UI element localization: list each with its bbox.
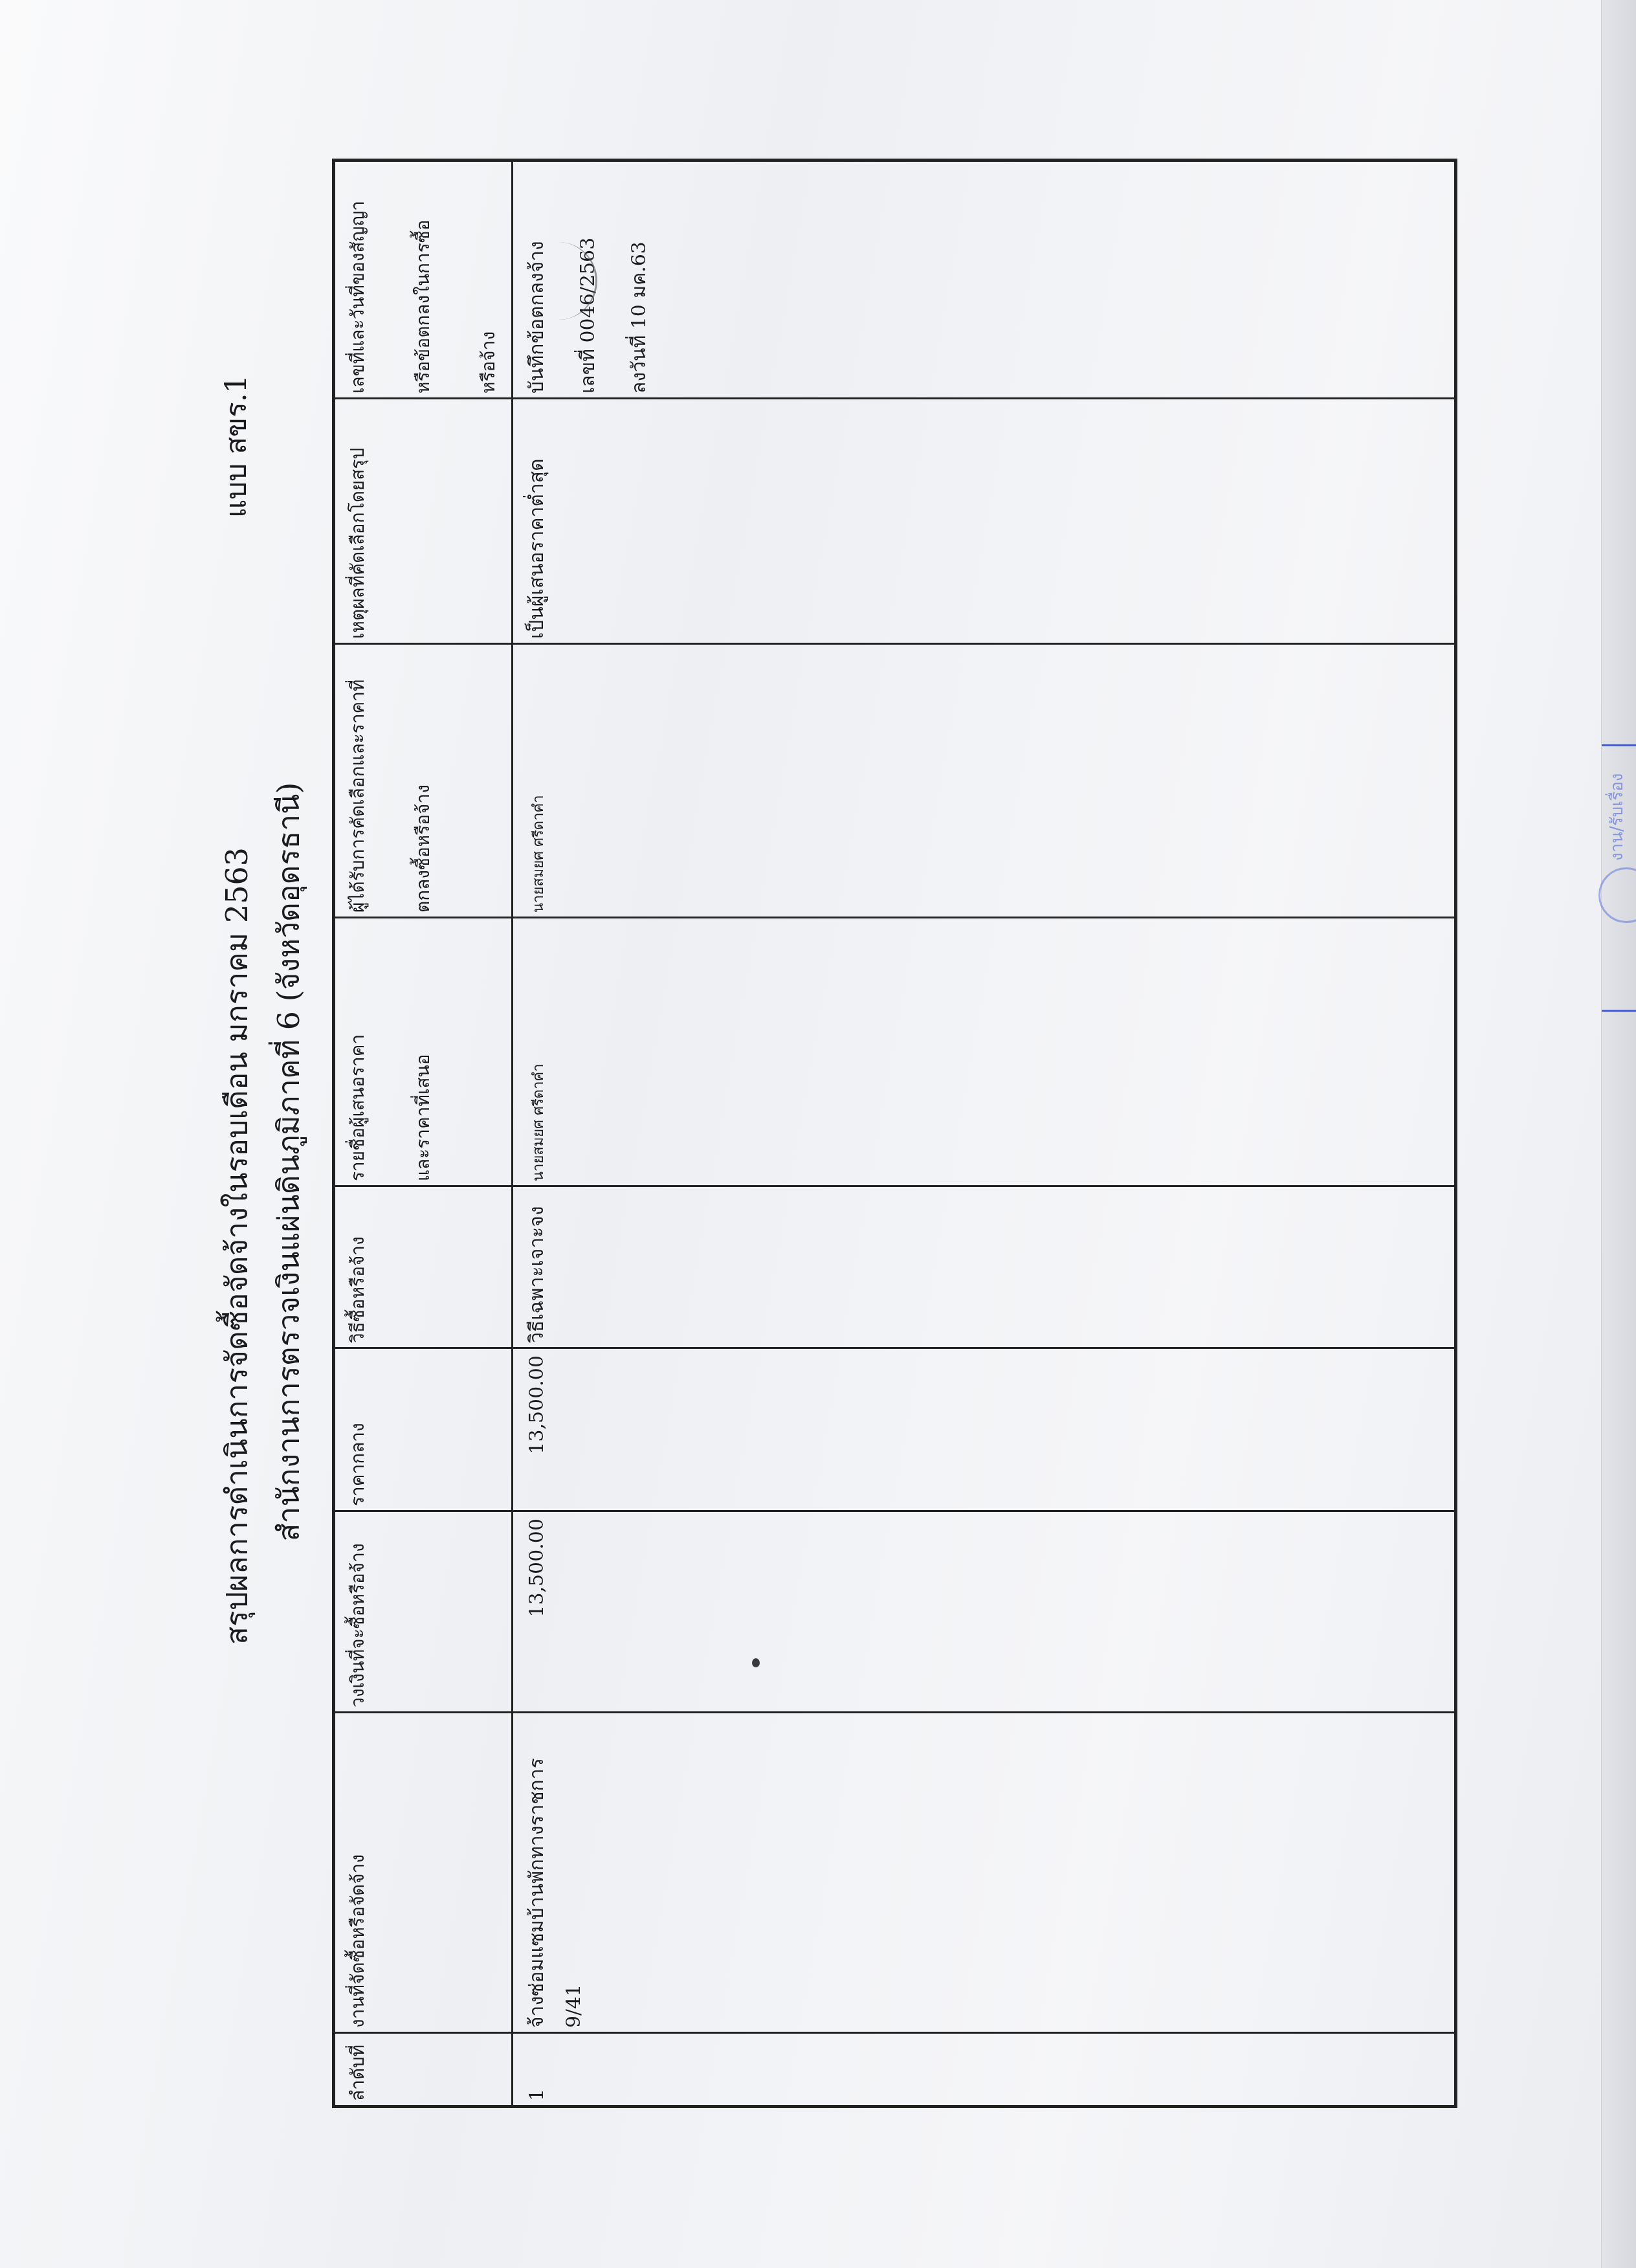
cell-method: วิธีเฉพาะเจาะจง bbox=[512, 1186, 1455, 1348]
cell-sequence: 1 bbox=[512, 2033, 1455, 2107]
cell-selected-vendor: นายสมยศ ศรีดาคำ bbox=[512, 644, 1455, 918]
header-work-item: งานที่จัดซื้อหรือจัดจ้าง bbox=[334, 1713, 513, 2033]
document-title: สรุปผลการดำเนินการจัดซื้อจัดจ้างในรอบเดื… bbox=[214, 224, 261, 2268]
cell-reason: เป็นผู้เสนอราคาต่ำสุด bbox=[512, 399, 1455, 644]
cell-budget: 13,500.00 bbox=[512, 1511, 1455, 1713]
header-median-price: ราคากลาง bbox=[334, 1348, 513, 1511]
document-subtitle: สำนักงานการตรวจเงินแผ่นดินภูมิภาคที่ 6 (… bbox=[265, 56, 313, 2268]
header-budget: วงเงินที่จะซื้อหรือจ้าง bbox=[334, 1511, 513, 1713]
cell-contract: บันทึกข้อตกลงจ้าง เลขที่ 0046/2563 ลงวัน… bbox=[512, 161, 1455, 399]
header-contract: เลขที่และวันที่ของสัญญา หรือข้อตกลงในการ… bbox=[334, 161, 513, 399]
table-row: 1 จ้างซ่อมแซมบ้านพักทางราชการ 9/41 13,50… bbox=[512, 161, 1455, 2107]
header-method: วิธีซื้อหรือจ้าง bbox=[334, 1186, 513, 1348]
cell-bidders: นายสมยศ ศรีดาคำ bbox=[512, 918, 1455, 1186]
header-selected-vendor: ผู้ได้รับการคัดเลือกและราคาที่ ตกลงซื้อห… bbox=[334, 644, 513, 918]
cell-median-price: 13,500.00 bbox=[512, 1348, 1455, 1511]
procurement-summary-table: ลำดับที่ งานที่จัดซื้อหรือจัดจ้าง วงเงิน… bbox=[332, 159, 1457, 2108]
table-header-row: ลำดับที่ งานที่จัดซื้อหรือจัดจ้าง วงเงิน… bbox=[334, 161, 513, 2107]
rotated-document-page: แบบ สขร.1 สรุปผลการดำเนินการจัดซื้อจัดจ้… bbox=[0, 0, 1636, 2268]
cell-work-item: จ้างซ่อมแซมบ้านพักทางราชการ 9/41 bbox=[512, 1713, 1455, 2033]
header-sequence: ลำดับที่ bbox=[334, 2033, 513, 2107]
header-bidders: รายชื่อผู้เสนอราคา และราคาที่เสนอ bbox=[334, 918, 513, 1186]
header-reason: เหตุผลที่คัดเลือกโดยสรุป bbox=[334, 399, 513, 644]
